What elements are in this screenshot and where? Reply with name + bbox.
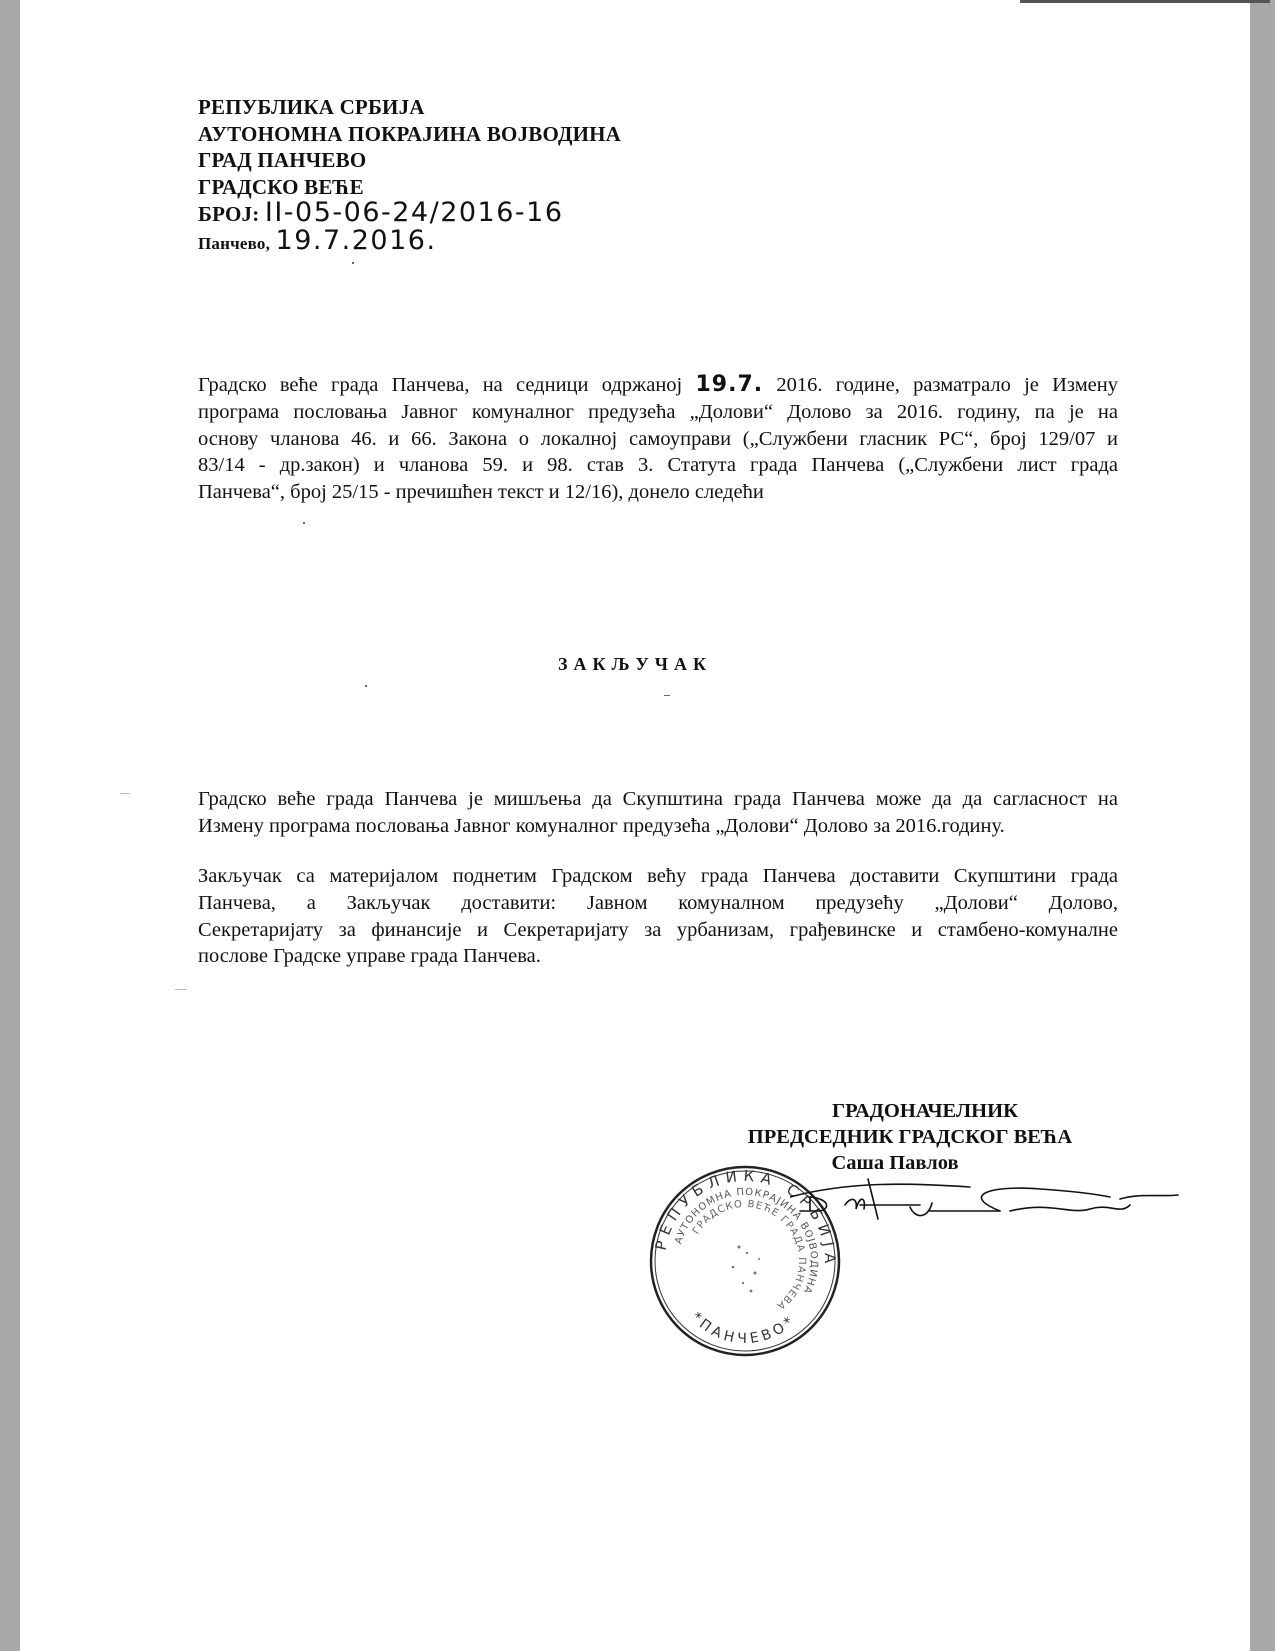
conclusion-2-line-2: Панчева, а Закључак доставити: Јавном ко… <box>198 890 1118 917</box>
handwritten-signature-icon <box>790 1175 1180 1235</box>
signatory-title-mayor: ГРАДОНАЧЕЛНИК <box>740 1098 1110 1124</box>
intro-line-5: Панчева“, број 25/15 - пречишћен текст и… <box>198 479 1118 506</box>
scan-speck <box>664 695 670 696</box>
document-title: ЗАКЉУЧАК <box>20 654 1250 675</box>
place-label: Панчево, <box>198 234 270 253</box>
document-header: РЕПУБЛИКА СРБИЈА АУТОНОМНА ПОКРАЈИНА ВОЈ… <box>198 94 621 257</box>
intro-line-3: основу чланова 46. и 66. Закона о локалн… <box>198 426 1118 453</box>
header-place-date: Панчево, 19.7.2016. <box>198 228 621 258</box>
intro-line-2: програма пословања Јавног комуналног пре… <box>198 399 1118 426</box>
scan-speck <box>303 522 305 524</box>
conclusion-2-line-4: послове Градске управе града Панчева. <box>198 943 1118 970</box>
document-page: РЕПУБЛИКА СРБИЈА АУТОНОМНА ПОКРАЈИНА ВОЈ… <box>20 0 1250 1651</box>
handwritten-session-date: 19.7. <box>695 372 763 397</box>
intro-line-1: Градско веће града Панчева, на седници о… <box>198 372 1118 399</box>
conclusion-2-line-1: Закључак са материјалом поднетим Градско… <box>198 863 1118 890</box>
header-number: БРОЈ: II-05-06-24/2016-16 <box>198 200 621 228</box>
scan-speck <box>352 262 354 264</box>
intro-line-1-end: 2016. године, разматрало је Измену <box>776 374 1118 396</box>
conclusion-paragraph-1: Градско веће града Панчева је мишљења да… <box>198 786 1118 840</box>
header-country: РЕПУБЛИКА СРБИЈА <box>198 94 621 121</box>
intro-paragraph: Градско веће града Панчева, на седници о… <box>198 372 1118 506</box>
handwritten-date: 19.7.2016. <box>276 225 437 256</box>
header-city: ГРАД ПАНЧЕВО <box>198 147 621 174</box>
signatory-title-president: ПРЕДСЕДНИК ГРАДСКОГ ВЕЋА <box>710 1124 1110 1150</box>
conclusion-2-line-3: Секретаријату за финансије и Секретарија… <box>198 917 1118 944</box>
number-label: БРОЈ: <box>198 202 259 226</box>
conclusion-1-line-1: Градско веће града Панчева је мишљења да… <box>198 786 1118 813</box>
scan-edge-artifact <box>1020 0 1270 3</box>
header-province: АУТОНОМНА ПОКРАЈИНА ВОЈВОДИНА <box>198 121 621 148</box>
handwritten-number: II-05-06-24/2016-16 <box>265 197 564 228</box>
conclusion-1-line-2: Измену програма пословања Јавног комунал… <box>198 813 1118 840</box>
scan-speck <box>120 793 130 794</box>
scan-speck <box>365 685 367 687</box>
scan-speck <box>175 989 187 990</box>
intro-line-4: 83/14 - др.закон) и чланова 59. и 98. ст… <box>198 452 1118 479</box>
intro-line-1-start: Градско веће града Панчева, на седници о… <box>198 374 682 396</box>
conclusion-paragraph-2: Закључак са материјалом поднетим Градско… <box>198 863 1118 970</box>
